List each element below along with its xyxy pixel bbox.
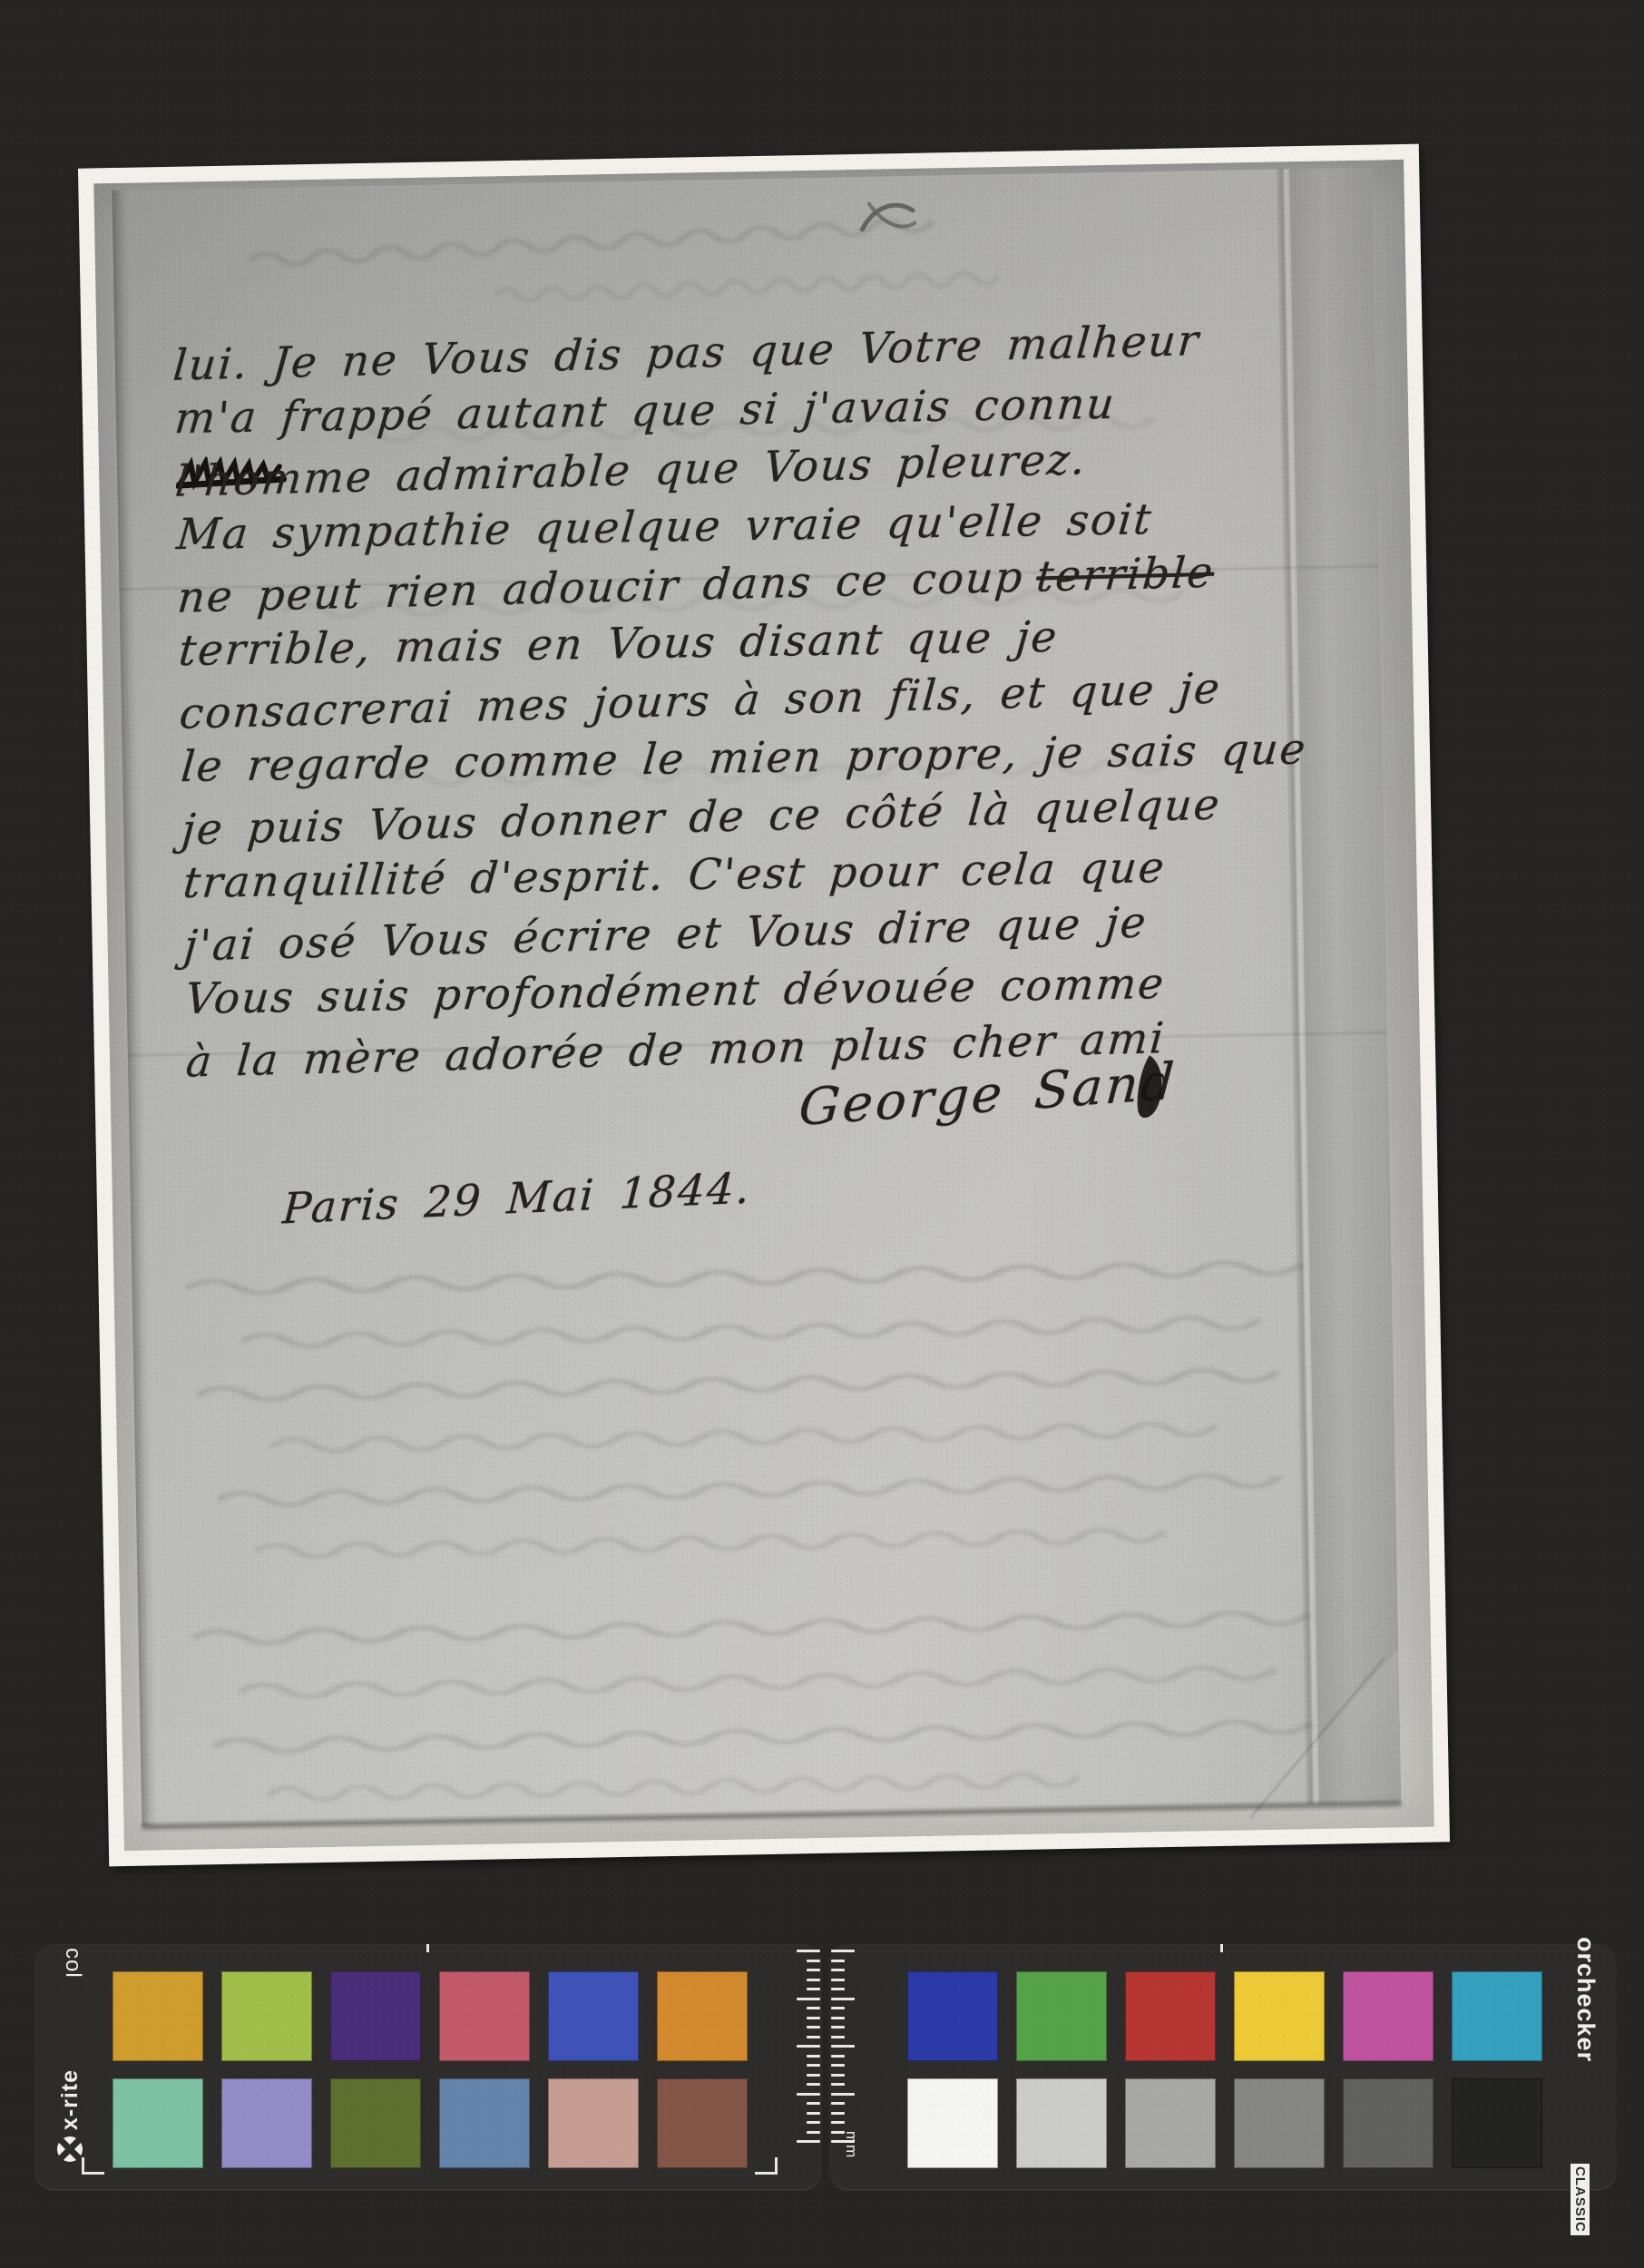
color-patch-r2c6 [1452,2078,1542,2168]
dateline: Paris 29 Mai 1844. [281,1164,753,1235]
ruler-tick [831,2036,845,2038]
ruler-tick [807,1988,820,1990]
ruler-tick [831,2064,845,2067]
colorchecker-wordmark-fragment: orchecker [1571,1937,1600,2062]
ruler-tick [797,2045,820,2048]
ruler-tick [831,2026,845,2028]
color-patch-r1c4 [439,1971,530,2061]
ruler-tick [831,1960,845,1962]
colorchecker-label-fragment: col [60,1948,85,1979]
ruler-tick [831,1969,845,1971]
registration-tick [1220,1944,1223,1952]
ruler-tick [807,2017,820,2019]
ruler-tick [831,2017,845,2019]
color-patch-r2c5 [1343,2078,1434,2168]
color-patch-r1c2 [1016,1971,1107,2061]
mm-ruler-left-card [797,1950,820,2146]
ruler-tick [807,1969,820,1971]
xrite-brand: x-rite [56,2069,83,2163]
color-patch-r2c3 [1125,2078,1216,2168]
xrite-wordmark: x-rite [57,2069,83,2130]
bleed-through-writing [218,1467,1288,1514]
bleed-through-writing [239,1659,1282,1706]
ruler-tick [831,1988,845,1990]
classic-label: CLASSIC [1571,2164,1590,2235]
color-patch-r1c1 [907,1971,998,2061]
ruler-tick [831,2112,845,2115]
ruler-tick [807,2131,820,2134]
bleed-through-writing [255,1521,1171,1566]
ink-x-mark [856,196,921,240]
color-patch-r2c1 [907,2078,998,2168]
color-patch-r1c1 [113,1971,203,2061]
ruler-tick [807,2083,820,2086]
ink-blot [1130,1053,1178,1125]
colorchecker-right-card: mm orchecker CLASSIC [829,1944,1617,2191]
color-patch-r1c3 [330,1971,421,2061]
mm-unit-label: mm [842,2131,860,2158]
bleed-through-writing [269,1766,1085,1808]
color-patch-r2c4 [439,2078,530,2168]
ruler-tick [797,2093,820,2096]
ruler-tick [807,2064,820,2067]
color-patch-r2c2 [1016,2078,1107,2168]
ruler-tick [831,2093,855,2096]
ruler-tick [831,2102,845,2105]
registration-corner-mark [82,2157,104,2175]
bleed-through-writing [197,1362,1286,1409]
photograph-print: lui. Je ne Vous dis pas que Votre malheu… [78,144,1450,1867]
ruler-tick [797,1950,820,1952]
letter-body-text: lui. Je ne Vous dis pas que Votre malheu… [172,316,1351,1091]
registration-corner-mark [755,2157,778,2175]
letter-sheet: lui. Je ne Vous dis pas que Votre malheu… [112,168,1401,1826]
color-patch-r2c5 [548,2078,639,2168]
color-patch-r2c3 [330,2078,421,2168]
ruler-tick [807,2055,820,2058]
ruler-tick [797,2140,820,2143]
ruler-tick [831,1950,855,1952]
color-patch-r1c3 [1125,1971,1216,2061]
ruler-tick [807,2112,820,2115]
photo-image-area: lui. Je ne Vous dis pas que Votre malheu… [93,160,1434,1851]
color-patch-r2c6 [657,2078,748,2168]
ruler-tick [807,2026,820,2028]
ruler-tick [831,1979,845,1981]
mm-ruler-right-card [831,1950,855,2146]
ruler-tick [831,2074,845,2077]
ruler-tick [831,2045,855,2048]
ruler-tick [831,1998,855,2000]
bleed-through-writing [249,210,939,274]
registration-tick [426,1944,429,1952]
ruler-tick [807,1979,820,1981]
bleed-through-writing [192,1604,1317,1652]
ruler-tick [831,2055,845,2058]
ruler-tick [831,2007,845,2009]
bleed-through-writing [186,1254,1311,1302]
bleed-through-writing [213,1713,1320,1760]
archival-photo-mount: lui. Je ne Vous dis pas que Votre malheu… [0,0,1644,2268]
ruler-tick [807,1960,820,1962]
ruler-tick [831,2121,845,2124]
colorchecker-left-card: col x-rite [34,1944,822,2191]
ruler-tick [797,1998,820,2000]
struck-out-word: terrible [1034,548,1216,602]
classic-variant-badge: CLASSIC [1571,2155,1588,2235]
ruler-tick [807,2007,820,2009]
color-patch-r2c4 [1234,2078,1325,2168]
ruler-tick [807,2121,820,2124]
color-patch-r1c5 [548,1971,639,2061]
bleed-through-writing [271,1415,1224,1460]
paper-left-crease [112,191,158,1826]
bleed-through-writing [494,264,1003,309]
ruler-tick [807,2102,820,2105]
xrite-logo-icon [56,2136,83,2163]
ruler-tick [807,2036,820,2038]
ruler-tick [831,2083,845,2086]
color-patch-r1c4 [1234,1971,1325,2061]
color-patch-r2c1 [113,2078,203,2168]
color-patch-r1c5 [1343,1971,1434,2061]
color-patch-r1c2 [221,1971,312,2061]
color-patch-r1c6 [1452,1971,1542,2061]
ruler-tick [807,2074,820,2077]
color-patch-r2c2 [221,2078,312,2168]
color-patch-r1c6 [657,1971,748,2061]
bleed-through-writing [241,1309,1267,1355]
